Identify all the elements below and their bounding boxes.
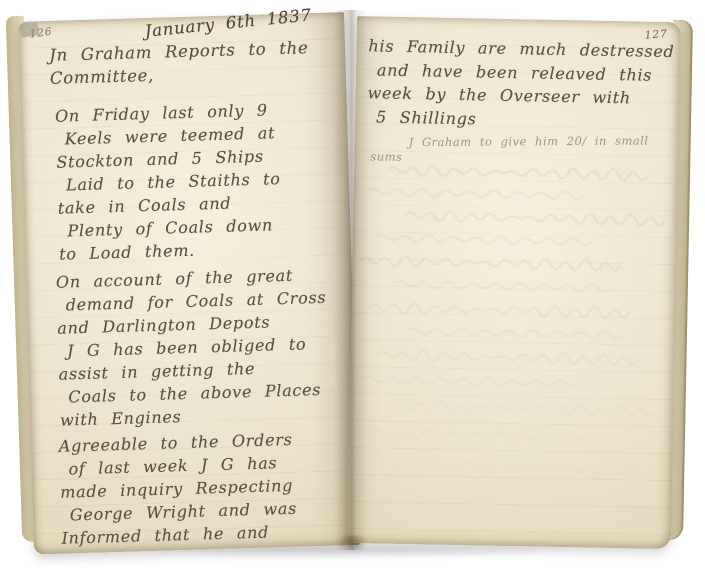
- right-page: 127 his Family are much destressed and h…: [347, 16, 681, 549]
- manuscript-photo: 126 January 6th 1837 Jn Graham Reports t…: [0, 0, 705, 576]
- paragraph-depots: On account of the great demand for Coals…: [56, 263, 330, 432]
- pencil-note-line: sums: [370, 147, 402, 166]
- left-page: 126 January 6th 1837 Jn Graham Reports t…: [18, 12, 360, 554]
- bleedthrough-ghost-writing: [354, 162, 673, 518]
- left-page-number: 126: [29, 26, 53, 41]
- pencil-note-line: J Graham to give him 20/ in small: [409, 132, 649, 152]
- date-line: January 6th 1837: [144, 5, 313, 41]
- report-heading: Jn Graham Reports to the Committee,: [49, 36, 310, 90]
- paragraph-wright: Agreeable to the Orders of last week J G…: [59, 428, 299, 550]
- paragraph-keels: On Friday last only 9 Keels were teemed …: [55, 98, 283, 266]
- paragraph-family: his Family are much destressed and have …: [367, 34, 675, 134]
